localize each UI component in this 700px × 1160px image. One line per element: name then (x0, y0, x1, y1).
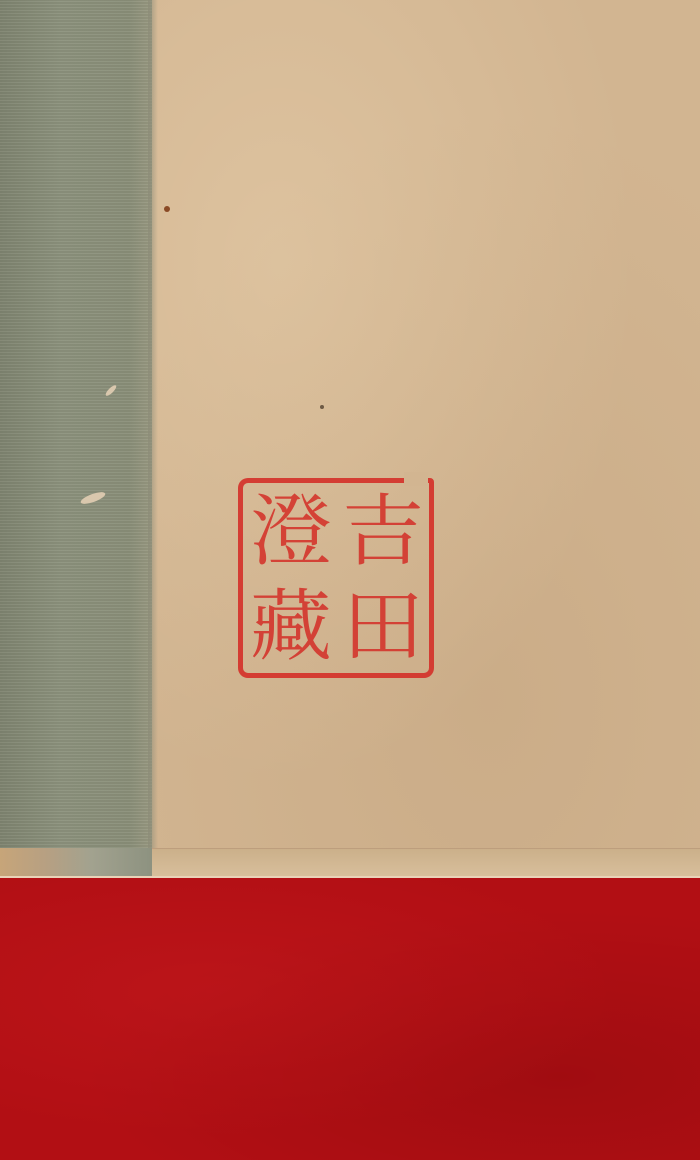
seal-character: 藏 (250, 588, 332, 666)
seal-character: 澄 (250, 493, 332, 571)
seal-character: 吉 (342, 493, 424, 571)
seal-left-column: 澄 藏 (246, 484, 336, 674)
seal-right-column: 吉 田 (338, 484, 428, 674)
seal-character: 田 (342, 588, 424, 666)
paper-stain (320, 405, 324, 409)
scroll-bottom-band-left (0, 848, 152, 876)
mount-edge-shadow (148, 0, 158, 872)
red-felt-background (0, 876, 700, 1160)
silk-mounting-strip (0, 0, 152, 872)
paper-stain (164, 206, 170, 212)
